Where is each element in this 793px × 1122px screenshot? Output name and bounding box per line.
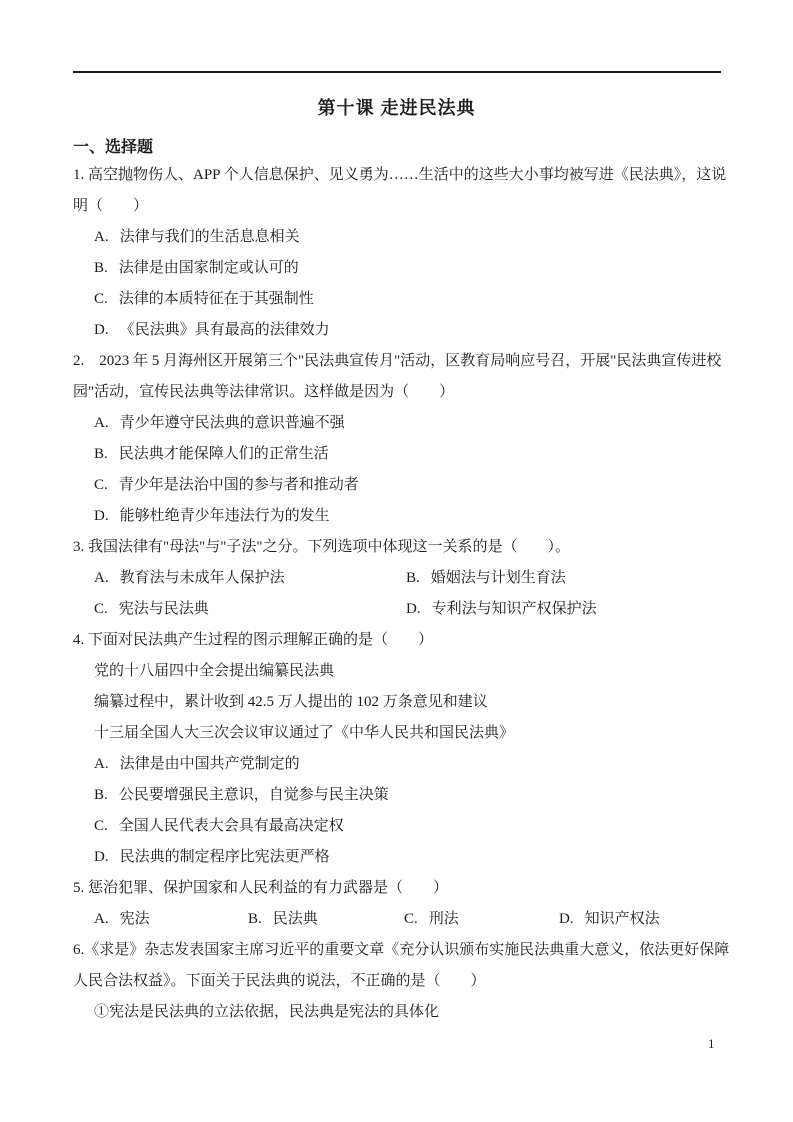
question-block: 2. 2023 年 5 月海州区开展第三个"民法典宣传月"活动，区教育局响应号召… [73,346,721,532]
page-number: 1 [708,1036,715,1052]
option-label: D. [406,594,421,625]
option: A.法律与我们的生活息息相关 [94,222,300,253]
option-label: C. [94,470,108,501]
option-text: 知识产权法 [585,911,660,927]
option-label: B. [94,780,108,811]
option: D.《民法典》具有最高的法律效力 [94,315,330,346]
option-label: A. [94,408,109,439]
option: A.教育法与未成年人保护法 [94,563,406,594]
option: A.宪法 [94,904,248,935]
option-label: C. [94,284,108,315]
option-text: 《民法典》具有最高的法律效力 [120,322,330,338]
option-text: 法律是由中国共产党制定的 [120,756,300,772]
option-text: 青少年遵守民法典的意识普遍不强 [120,415,345,431]
question-stem-line: 1. 高空抛物伤人、APP 个人信息保护、见义勇为……生活中的这些大小事均被写进… [73,160,721,191]
option-text: 法律与我们的生活息息相关 [120,229,300,245]
option-label: D. [94,501,109,532]
question-block: 6.《求是》杂志发表国家主席习近平的重要文章《充分认识颁布实施民法典重大意义，依… [73,935,721,1028]
option: D.知识产权法 [559,904,660,935]
option: B.婚姻法与计划生育法 [406,563,566,594]
option-row: A.青少年遵守民法典的意识普遍不强 [73,408,721,439]
question-block: 5. 惩治犯罪、保护国家和人民利益的有力武器是（ ）A.宪法B.民法典C.刑法D… [73,873,721,935]
option-row: D.《民法典》具有最高的法律效力 [73,315,721,346]
question-stem-line: 明（ ） [73,191,721,222]
option-row: B.法律是由国家制定或认可的 [73,253,721,284]
option-text: 青少年是法治中国的参与者和推动者 [119,477,359,493]
option-text: 宪法与民法典 [119,601,209,617]
option-row: B.民法典才能保障人们的正常生活 [73,439,721,470]
option-row: C.青少年是法治中国的参与者和推动者 [73,470,721,501]
option-label: B. [94,253,108,284]
question-stem-line: 6.《求是》杂志发表国家主席习近平的重要文章《充分认识颁布实施民法典重大意义，依… [73,935,721,966]
question-body-line: 编纂过程中，累计收到 42.5 万人提出的 102 万条意见和建议 [73,687,721,718]
option-text: 全国人民代表大会具有最高决定权 [119,818,344,834]
option: D.专利法与知识产权保护法 [406,594,597,625]
option: A.青少年遵守民法典的意识普遍不强 [94,408,345,439]
option-row: D.能够杜绝青少年违法行为的发生 [73,501,721,532]
question-body-line: ①宪法是民法典的立法依据，民法典是宪法的具体化 [73,997,721,1028]
option-text: 民法典才能保障人们的正常生活 [119,446,329,462]
header-rule [73,71,721,73]
question-block: 4. 下面对民法典产生过程的图示理解正确的是（ ）党的十八届四中全会提出编纂民法… [73,625,721,873]
option-label: A. [94,904,109,935]
option-text: 能够杜绝青少年违法行为的发生 [120,508,330,524]
option-text: 专利法与知识产权保护法 [432,601,597,617]
option-row: C.法律的本质特征在于其强制性 [73,284,721,315]
option-label: A. [94,563,109,594]
document-page: 第十课 走进民法典 一、选择题 1. 高空抛物伤人、APP 个人信息保护、见义勇… [0,0,793,1122]
option-label: B. [406,563,420,594]
option-label: C. [94,594,108,625]
question-block: 1. 高空抛物伤人、APP 个人信息保护、见义勇为……生活中的这些大小事均被写进… [73,160,721,346]
question-stem-line: 4. 下面对民法典产生过程的图示理解正确的是（ ） [73,625,721,656]
option-row: A.教育法与未成年人保护法B.婚姻法与计划生育法 [73,563,721,594]
option-row: B.公民要增强民主意识，自觉参与民主决策 [73,780,721,811]
option-text: 刑法 [429,911,459,927]
option-row: A.宪法B.民法典C.刑法D.知识产权法 [73,904,721,935]
question-block: 3. 我国法律有"母法"与"子法"之分。下列选项中体现这一关系的是（ ）。A.教… [73,532,721,625]
questions: 1. 高空抛物伤人、APP 个人信息保护、见义勇为……生活中的这些大小事均被写进… [73,160,721,1028]
option-label: D. [559,904,574,935]
option-label: D. [94,315,109,346]
section-heading: 一、选择题 [73,134,153,157]
option-text: 民法典 [273,911,318,927]
option-text: 法律是由国家制定或认可的 [119,260,299,276]
question-body-line: 党的十八届四中全会提出编纂民法典 [73,656,721,687]
option: C.刑法 [404,904,559,935]
option-label: C. [94,811,108,842]
question-stem-line: 园"活动，宣传民法典等法律常识。这样做是因为（ ） [73,377,721,408]
option: D.民法典的制定程序比宪法更严格 [94,842,330,873]
option-text: 公民要增强民主意识，自觉参与民主决策 [119,787,389,803]
option-text: 婚姻法与计划生育法 [431,570,566,586]
option-text: 宪法 [120,911,150,927]
option-text: 教育法与未成年人保护法 [120,570,285,586]
option-label: A. [94,749,109,780]
option-label: A. [94,222,109,253]
option-label: B. [248,904,262,935]
option-text: 法律的本质特征在于其强制性 [119,291,314,307]
question-stem-line: 5. 惩治犯罪、保护国家和人民利益的有力武器是（ ） [73,873,721,904]
option-row: C.全国人民代表大会具有最高决定权 [73,811,721,842]
option-row: C.宪法与民法典D.专利法与知识产权保护法 [73,594,721,625]
question-body-line: 十三届全国人大三次会议审议通过了《中华人民共和国民法典》 [73,718,721,749]
option: B.法律是由国家制定或认可的 [94,253,299,284]
option-label: D. [94,842,109,873]
question-stem-line: 2. 2023 年 5 月海州区开展第三个"民法典宣传月"活动，区教育局响应号召… [73,346,721,377]
option-row: D.民法典的制定程序比宪法更严格 [73,842,721,873]
option: C.法律的本质特征在于其强制性 [94,284,314,315]
option: B.公民要增强民主意识，自觉参与民主决策 [94,780,389,811]
option-text: 民法典的制定程序比宪法更严格 [120,849,330,865]
option-row: A.法律与我们的生活息息相关 [73,222,721,253]
page-title: 第十课 走进民法典 [0,94,793,120]
option: D.能够杜绝青少年违法行为的发生 [94,501,330,532]
option: B.民法典 [248,904,404,935]
option-row: A.法律是由中国共产党制定的 [73,749,721,780]
option: B.民法典才能保障人们的正常生活 [94,439,329,470]
option-label: C. [404,904,418,935]
question-stem-line: 3. 我国法律有"母法"与"子法"之分。下列选项中体现这一关系的是（ ）。 [73,532,721,563]
option: A.法律是由中国共产党制定的 [94,749,300,780]
option: C.宪法与民法典 [94,594,406,625]
option-label: B. [94,439,108,470]
question-stem-line: 人民合法权益》。下面关于民法典的说法，不正确的是（ ） [73,966,721,997]
option: C.全国人民代表大会具有最高决定权 [94,811,344,842]
option: C.青少年是法治中国的参与者和推动者 [94,470,359,501]
